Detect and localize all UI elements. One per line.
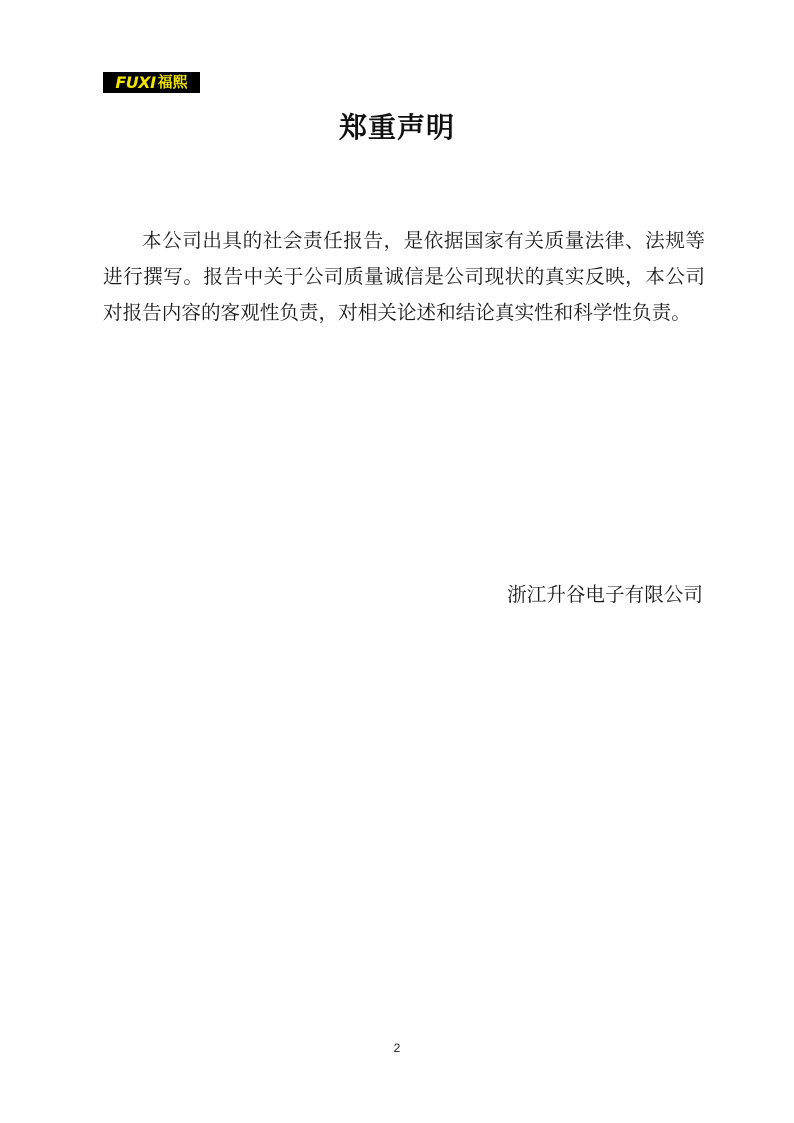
- company-logo: FUXI 福熙: [103, 72, 200, 93]
- company-signature: 浙江升谷电子有限公司: [507, 579, 703, 611]
- logo-latin-text: FUXI: [115, 72, 155, 93]
- page-title: 郑重声明: [0, 110, 794, 146]
- declaration-paragraph: 本公司出具的社会责任报告，是依据国家有关质量法律、法规等进行撰写。报告中关于公司…: [103, 223, 705, 331]
- logo-chinese-text: 福熙: [158, 72, 188, 93]
- page-number: 2: [0, 1040, 794, 1056]
